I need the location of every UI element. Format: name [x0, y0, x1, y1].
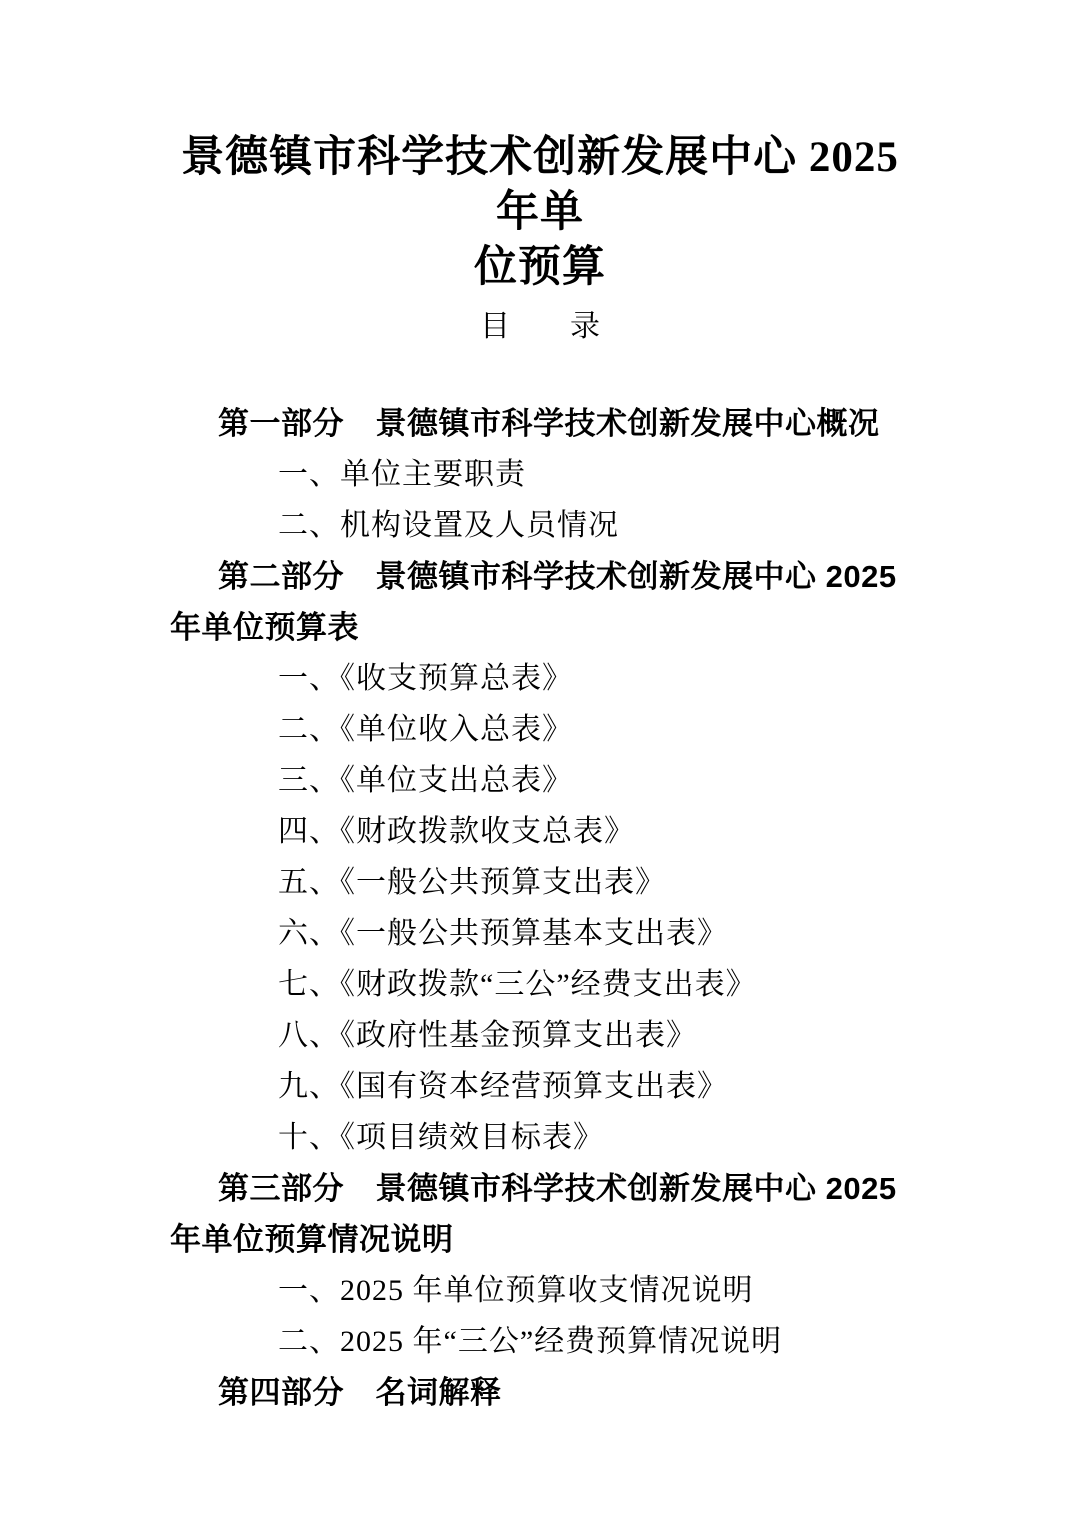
toc-item: 二、2025 年“三公”经费预算情况说明 [170, 1316, 910, 1367]
toc-section-part4: 第四部分 名词解释 [170, 1367, 910, 1418]
toc-item: 二、《单位收入总表》 [170, 704, 910, 755]
toc-item: 一、2025 年单位预算收支情况说明 [170, 1265, 910, 1316]
toc-section-part1: 第一部分 景德镇市科学技术创新发展中心概况 [170, 398, 910, 449]
toc-item: 一、《收支预算总表》 [170, 653, 910, 704]
toc-heading: 目 录 [170, 307, 910, 347]
toc-item: 七、《财政拨款“三公”经费支出表》 [170, 959, 910, 1010]
toc-item: 一、单位主要职责 [170, 449, 910, 500]
table-of-contents: 第一部分 景德镇市科学技术创新发展中心概况 一、单位主要职责 二、机构设置及人员… [170, 398, 910, 1418]
toc-item: 四、《财政拨款收支总表》 [170, 806, 910, 857]
toc-item: 九、《国有资本经营预算支出表》 [170, 1061, 910, 1112]
toc-item: 五、《一般公共预算支出表》 [170, 857, 910, 908]
document-title-line1: 景德镇市科学技术创新发展中心 2025 年单 [170, 130, 910, 240]
toc-section-part2: 第二部分 景德镇市科学技术创新发展中心 2025 年单位预算表 [170, 551, 910, 653]
document-title: 景德镇市科学技术创新发展中心 2025 年单 位预算 [170, 130, 910, 295]
document-page: 景德镇市科学技术创新发展中心 2025 年单 位预算 目 录 第一部分 景德镇市… [0, 0, 1074, 1520]
toc-item: 三、《单位支出总表》 [170, 755, 910, 806]
toc-item: 八、《政府性基金预算支出表》 [170, 1010, 910, 1061]
toc-item: 二、机构设置及人员情况 [170, 500, 910, 551]
toc-item: 十、《项目绩效目标表》 [170, 1112, 910, 1163]
toc-section-part3: 第三部分 景德镇市科学技术创新发展中心 2025 年单位预算情况说明 [170, 1163, 910, 1265]
toc-item: 六、《一般公共预算基本支出表》 [170, 908, 910, 959]
document-title-line2: 位预算 [170, 240, 910, 295]
